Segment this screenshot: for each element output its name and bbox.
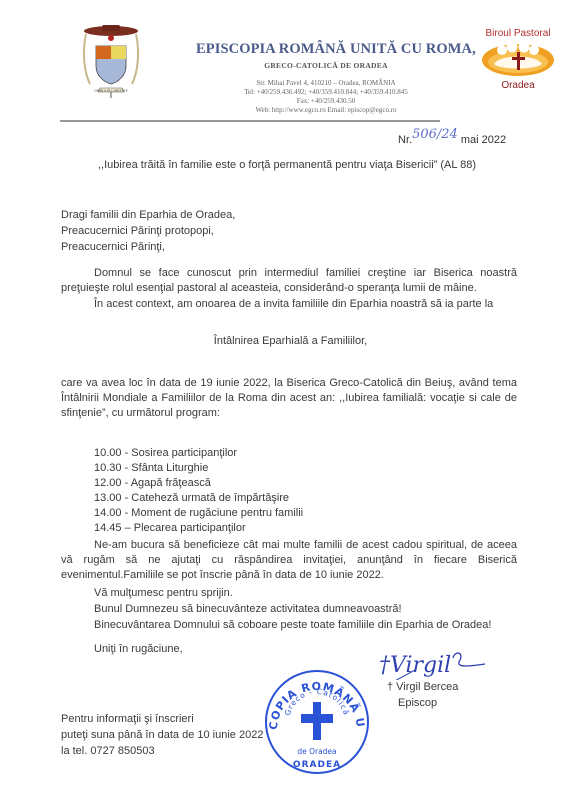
motto-quote: ,,Iubirea trăită în familie este o forţă… xyxy=(98,158,476,173)
reference-prefix: Nr. xyxy=(398,134,412,146)
svg-text:Oradea: Oradea xyxy=(501,80,535,91)
signatory-role: Episcop xyxy=(398,696,437,711)
letterhead-address: Str. Mihai Pavel 4, 410210 – Oradea, ROM… xyxy=(196,79,456,87)
salutation-1: Dragi familii din Eparhia de Oradea, xyxy=(61,208,235,223)
paragraph-request: Ne-am bucura să beneficieze cât mai mult… xyxy=(61,538,517,583)
signatory-name: † Virgil Bercea xyxy=(387,680,458,695)
paragraph-event-details: care va avea loc în data de 19 iunie 202… xyxy=(61,376,517,421)
svg-text:ORADEA: ORADEA xyxy=(293,760,341,770)
program-item: 14.45 – Plecarea participanţilor xyxy=(94,521,303,536)
svg-text:Biroul Pastoral: Biroul Pastoral xyxy=(485,28,550,39)
program-item: 12.00 - Agapă frăţească xyxy=(94,476,303,491)
thanks-line: Vă mulţumesc pentru sprijin. xyxy=(94,586,233,601)
letterhead-web-email: Web: http://www.egco.ro Email: episcop@e… xyxy=(196,106,456,114)
salutation-2: Preacucernici Părinţi protopopi, xyxy=(61,224,214,239)
handwritten-day: /24 xyxy=(437,127,458,142)
paragraph-invitation: În acest context, am onoarea de a invita… xyxy=(94,297,493,312)
reference-date: mai 2022 xyxy=(461,134,506,146)
program-list: 10.00 - Sosirea participanţilor 10.30 - … xyxy=(94,446,303,536)
closing-line: Uniţi în rugăciune, xyxy=(94,642,183,657)
program-item: 10.30 - Sfânta Liturghie xyxy=(94,461,303,476)
svg-text:OMNIA IN CARITATE: OMNIA IN CARITATE xyxy=(94,89,128,93)
handwritten-signature: †Virgil xyxy=(375,648,495,680)
program-item: 13.00 - Cateheză urmată de împărtăşire xyxy=(94,491,303,506)
program-item: 10.00 - Sosirea participanţilor xyxy=(94,446,303,461)
salutation-3: Preacucernici Părinţi, xyxy=(61,240,165,255)
letterhead-subtitle: GRECO-CATOLICĂ DE ORADEA xyxy=(196,61,456,70)
contact-phone: la tel. 0727 850503 xyxy=(61,744,155,759)
svg-text:de Oradea: de Oradea xyxy=(297,747,336,756)
handwritten-number: 506 xyxy=(412,127,437,142)
event-title: Întâlnirea Eparhială a Familiilor, xyxy=(0,334,581,349)
reference-number: Nr.506/24 mai 2022 xyxy=(398,132,506,147)
biroul-pastoral-logo: Biroul Pastoral Oradea xyxy=(466,24,571,94)
letterhead-title: EPISCOPIA ROMÂNĂ UNITĂ CU ROMA, xyxy=(196,41,456,58)
blessing-line-1: Bunul Dumnezeu să binecuvânteze activita… xyxy=(94,602,402,617)
program-item: 14.00 - Moment de rugăciune pentru famil… xyxy=(94,506,303,521)
official-stamp: EPISCOPIA ROMÂNĂ UNITĂ Greco - Catolică … xyxy=(263,668,371,776)
svg-text:†Virgil: †Virgil xyxy=(379,653,451,678)
header-divider xyxy=(60,120,440,122)
contact-line-2: puteţi suna până în data de 10 iunie 202… xyxy=(61,728,263,743)
contact-line-1: Pentru informaţii şi înscrieri xyxy=(61,712,194,727)
paragraph-intro: Domnul se face cunoscut prin intermediul… xyxy=(61,266,517,296)
blessing-line-2: Binecuvântarea Domnului să coboare peste… xyxy=(94,618,491,633)
letterhead-tel: Tel: +40/259.436.492; +40/359.410.844; +… xyxy=(196,88,456,96)
coat-of-arms-logo: OMNIA IN CARITATE xyxy=(80,22,142,100)
letterhead-fax: Fax: +40/259.430.50 xyxy=(196,97,456,105)
